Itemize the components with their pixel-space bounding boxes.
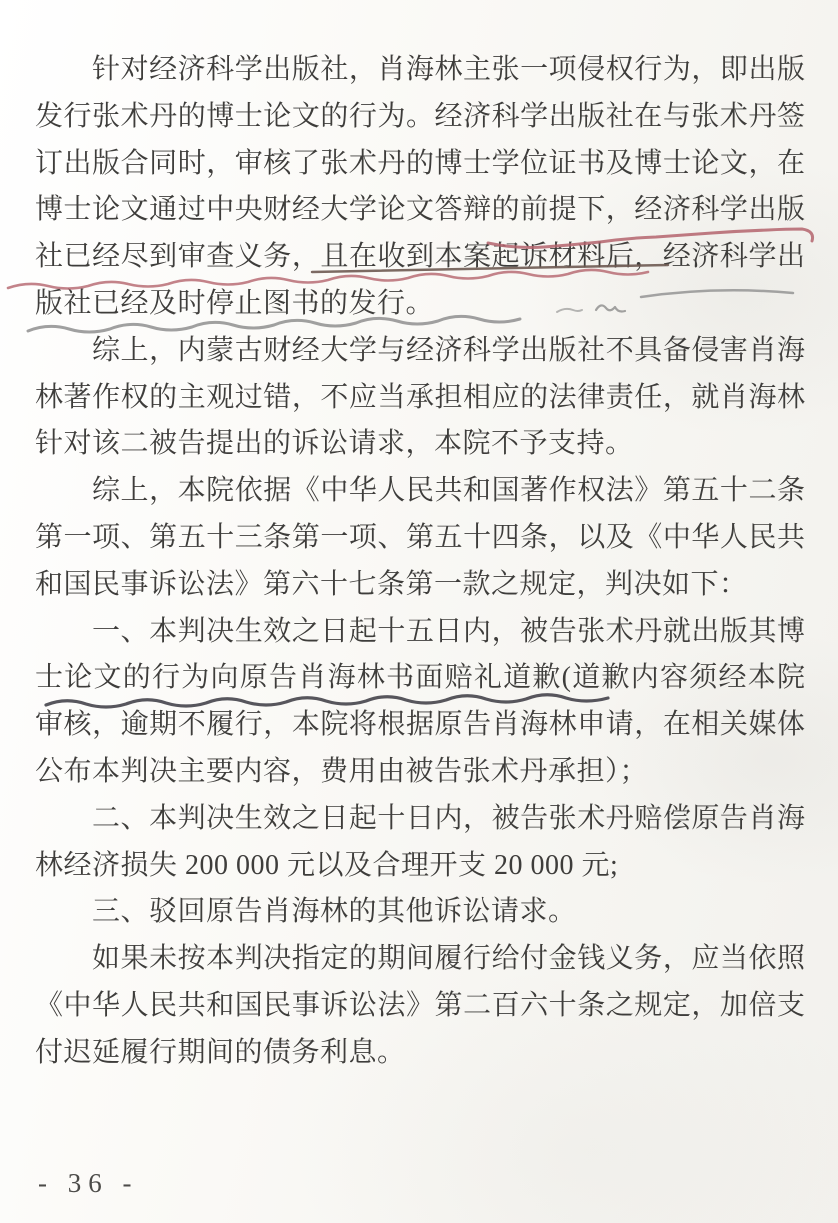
text-line: 林著作权的主观过错，不应当承担相应的法律责任，就肖海林 (35, 375, 805, 422)
text-line: 公布本判决主要内容，费用由被告张术丹承担）； (35, 749, 805, 796)
text-line: 社已经尽到审查义务，且在收到本案起诉材料后，经济科学出 (35, 234, 805, 281)
scanned-judgment-page: 针对经济科学出版社，肖海林主张一项侵权行为，即出版 发行张术丹的博士论文的行为。… (0, 0, 838, 1223)
text-line: 和国民事诉讼法》第六十七条第一款之规定，判决如下： (35, 562, 805, 609)
judgment-text-block: 针对经济科学出版社，肖海林主张一项侵权行为，即出版 发行张术丹的博士论文的行为。… (35, 47, 805, 1077)
text-line: 针对经济科学出版社，肖海林主张一项侵权行为，即出版 (35, 47, 805, 94)
text-line: 《中华人民共和国民事诉讼法》第二百六十条之规定，加倍支 (35, 983, 805, 1030)
text-line: 一、本判决生效之日起十五日内，被告张术丹就出版其博 (35, 609, 805, 656)
text-line: 二、本判决生效之日起十日内，被告张术丹赔偿原告肖海 (35, 796, 805, 843)
text-line: 版社已经及时停止图书的发行。 (35, 281, 805, 328)
text-line: 三、驳回原告肖海林的其他诉讼请求。 (35, 889, 805, 936)
text-line: 博士论文通过中央财经大学论文答辩的前提下，经济科学出版 (35, 187, 805, 234)
text-line: 付迟延履行期间的债务利息。 (35, 1030, 805, 1077)
text-line: 综上，本院依据《中华人民共和国著作权法》第五十二条 (35, 468, 805, 515)
text-line: 审核，逾期不履行，本院将根据原告肖海林申请，在相关媒体 (35, 702, 805, 749)
text-line: 林经济损失 200 000 元以及合理开支 20 000 元; (35, 843, 805, 890)
page-number: - 36 - (38, 1168, 138, 1199)
text-line: 针对该二被告提出的诉讼请求，本院不予支持。 (35, 421, 805, 468)
text-line: 综上，内蒙古财经大学与经济科学出版社不具备侵害肖海 (35, 328, 805, 375)
text-line: 士论文的行为向原告肖海林书面赔礼道歉(道歉内容须经本院 (35, 655, 805, 702)
text-line: 如果未按本判决指定的期间履行给付金钱义务，应当依照 (35, 936, 805, 983)
text-line: 发行张术丹的博士论文的行为。经济科学出版社在与张术丹签 (35, 94, 805, 141)
text-line: 订出版合同时，审核了张术丹的博士学位证书及博士论文，在 (35, 141, 805, 188)
text-line: 第一项、第五十三条第一项、第五十四条，以及《中华人民共 (35, 515, 805, 562)
